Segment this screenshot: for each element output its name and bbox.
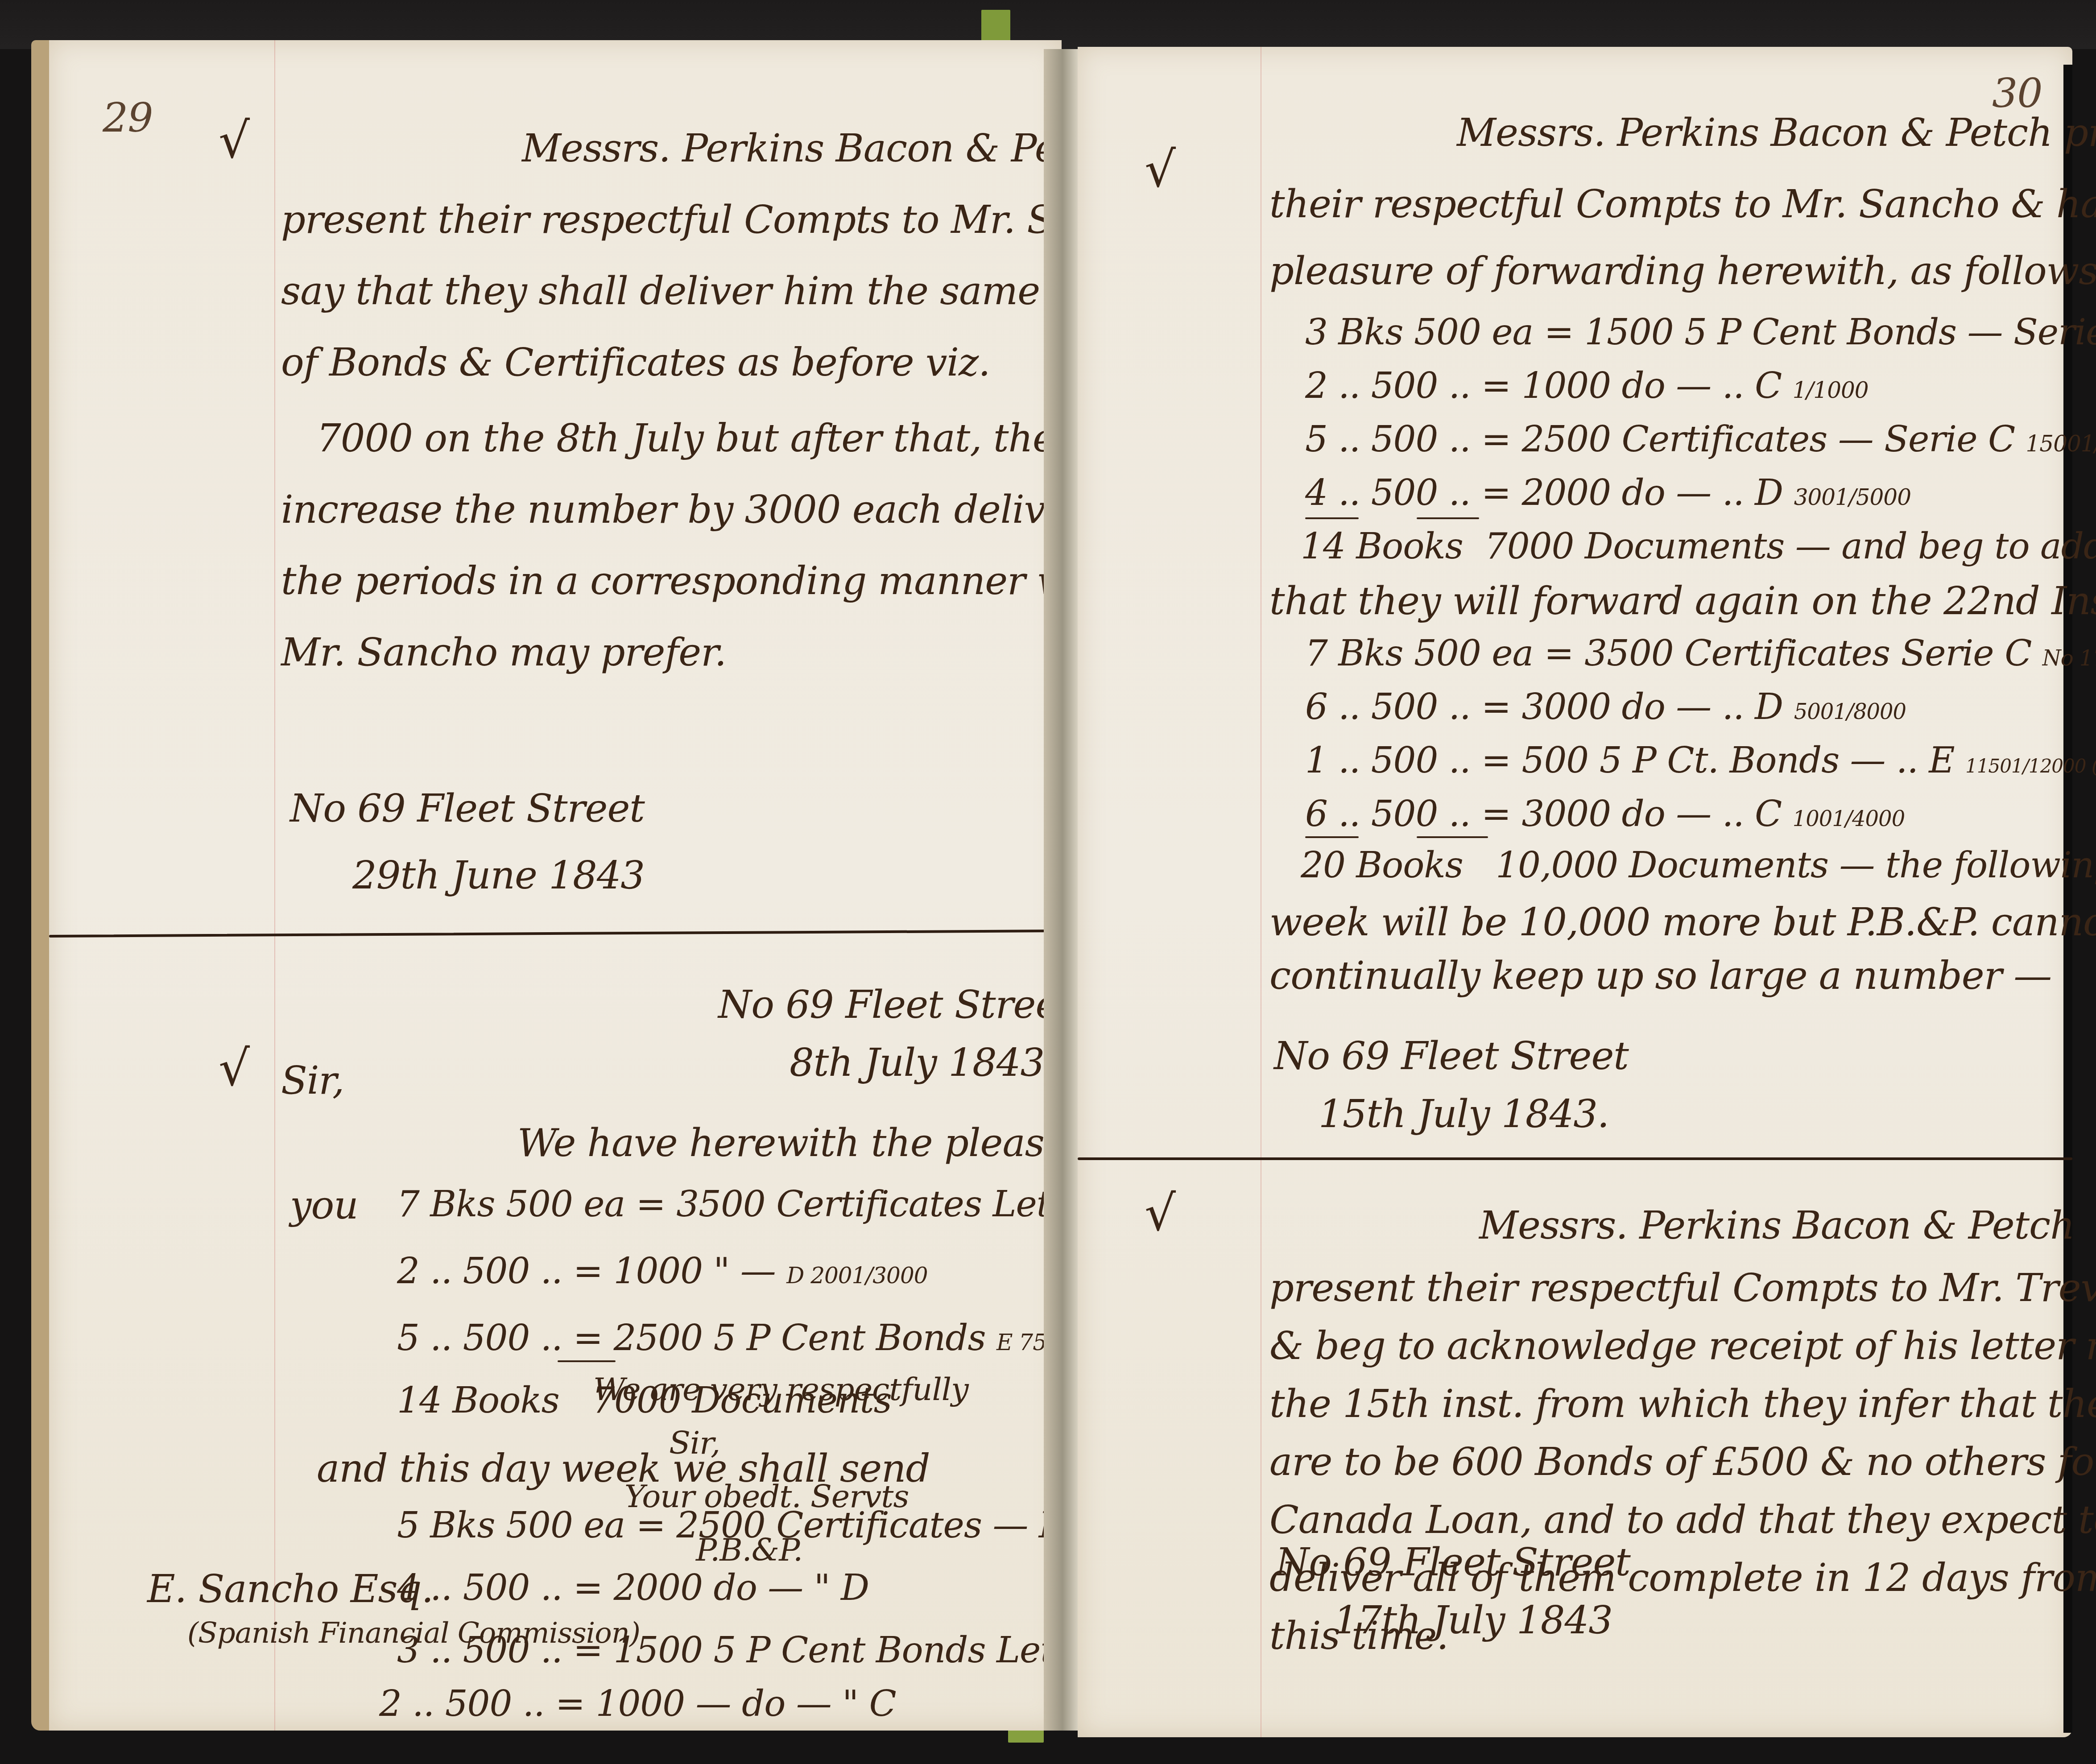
desc: do — .. D	[1622, 686, 1783, 727]
margin-rule	[1261, 47, 1261, 1737]
qty: 14 Books	[397, 1380, 559, 1421]
table-row: 4 .. 500 .. = 2000 do — " D	[397, 1570, 869, 1606]
qty: 6 ..	[1305, 793, 1360, 834]
check-mark-icon: √	[219, 116, 249, 165]
each: 500 ..	[463, 1250, 562, 1292]
total: 1500	[1584, 311, 1674, 353]
letter-line: their respectful Compts to Mr. Sancho & …	[1269, 185, 2096, 223]
letter-salutation: Sir,	[281, 1062, 344, 1100]
letter-address: No 69 Fleet Street	[1276, 1543, 1630, 1582]
letter-line: are to be 600 Bonds of £500 & no others …	[1269, 1443, 2096, 1481]
letter-line: present their respectful Compts to Mr. T…	[1269, 1269, 2096, 1307]
qty: 7 Bks	[1305, 632, 1403, 674]
table-row: 3 Bks 500 ea = 1500 5 P Cent Bonds — Ser…	[1305, 314, 2096, 350]
total: 2500	[614, 1317, 703, 1359]
each: 500 ..	[463, 1317, 562, 1359]
book-gutter	[1044, 49, 1078, 1731]
desc: 5 P Ct. Bonds — .. E	[1600, 739, 1955, 781]
letter-line: week will be 10,000 more but P.B.&P. can…	[1269, 903, 2096, 942]
qty: 7 Bks	[397, 1183, 495, 1225]
total: 1000	[596, 1683, 685, 1724]
total: 2000	[1522, 472, 1611, 513]
total: 500	[1522, 739, 1589, 781]
letter-salutation: Messrs. Perkins Bacon & Petch	[522, 129, 1117, 168]
each: 500 ea	[1414, 311, 1533, 353]
letterbook-spread: 29 √ Messrs. Perkins Bacon & Petch prese…	[31, 31, 2074, 1735]
qty: 6 ..	[1305, 686, 1360, 727]
letter-line: Canada Loan, and to add that they expect…	[1269, 1501, 2096, 1539]
letter-line: continually keep up so large a number —	[1269, 957, 2051, 995]
total: 7000	[1485, 525, 1574, 567]
recipient-note: (Spanish Financial Commission)	[187, 1619, 640, 1648]
desc: Certificates — Serie C	[1622, 418, 2015, 460]
total: 3500	[1584, 632, 1674, 674]
check-mark-icon: √	[1145, 145, 1175, 194]
letter-line: the 15th inst. from which they infer tha…	[1269, 1385, 2096, 1423]
sum-rule	[558, 1360, 616, 1362]
each: 500 ea	[506, 1504, 625, 1546]
table-total-row: 14 Books 7000 Documents — and beg to add	[1301, 529, 2096, 564]
table-row: 2 .. 500 .. = 1000 do — .. C 1/1000	[1305, 368, 1869, 404]
total: 10,000	[1496, 844, 1618, 886]
each: 500 ..	[1371, 739, 1471, 781]
table-row: 2 .. 500 .. = 1000 — do — " C	[379, 1686, 896, 1722]
letter-closing: We are very respectfully	[593, 1374, 968, 1405]
qty: 3 Bks	[1305, 311, 1403, 353]
each: 500 ..	[1371, 686, 1471, 727]
table-row: 1 .. 500 .. = 500 5 P Ct. Bonds — .. E 1…	[1305, 743, 2096, 778]
each: 500 ..	[1371, 472, 1471, 513]
total: 3000	[1522, 686, 1611, 727]
qty: 5 ..	[1305, 418, 1360, 460]
letter-salutation: Messrs. Perkins Bacon & Petch	[1479, 1206, 2075, 1245]
table-row: 2 .. 500 .. = 1000 " — D 2001/3000	[397, 1253, 928, 1289]
table-row: 6 .. 500 .. = 3000 do — .. D 5001/8000	[1305, 689, 1906, 725]
letter-line: of Bonds & Certificates as before viz.	[281, 343, 990, 382]
qty: 20 Books	[1301, 844, 1463, 886]
qty: 1 ..	[1305, 739, 1360, 781]
letter-address: No 69 Fleet Street	[718, 986, 1073, 1024]
page-number: 29	[103, 98, 153, 138]
qty: 5 Bks	[397, 1504, 495, 1546]
letter-date: 17th July 1843	[1334, 1601, 1612, 1640]
letter-date: 29th June 1843	[352, 856, 645, 895]
desc: do — .. D	[1622, 472, 1783, 513]
signature: P.B.&P.	[696, 1534, 802, 1566]
series: 15001/17500	[2026, 431, 2096, 457]
left-page: 29 √ Messrs. Perkins Bacon & Petch prese…	[31, 40, 1062, 1731]
letter-closing: Your obedt. Servts	[624, 1481, 909, 1512]
desc: Certificates Serie C	[1684, 632, 2031, 674]
table-row: 5 .. 500 .. = 2500 Certificates — Serie …	[1305, 421, 2096, 457]
total: 1000	[614, 1250, 703, 1292]
desc: do — .. C	[1622, 365, 1782, 406]
letter-divider	[49, 930, 1062, 938]
letter-salutation: Messrs. Perkins Bacon & Petch present	[1457, 114, 2096, 152]
table-row: 5 .. 500 .. = 2500 5 P Cent Bonds E 7501…	[397, 1320, 1150, 1356]
check-mark-icon: √	[1145, 1189, 1175, 1238]
each: 500 ea	[506, 1183, 625, 1225]
desc: 5 P Cent Bonds — Serie E	[1684, 311, 2096, 353]
recipient-name: E. Sancho Esq.	[147, 1570, 433, 1608]
each: 500 ..	[1371, 365, 1471, 406]
each: 500 ..	[1371, 793, 1471, 834]
letter-closing: Sir,	[669, 1427, 720, 1458]
table-row: 4 .. 500 .. = 2000 do — .. D 3001/5000	[1305, 475, 1911, 511]
letter-intro-prefix: you	[290, 1186, 358, 1225]
total: 3500	[676, 1183, 765, 1225]
series: No 17501/21000	[2042, 646, 2096, 671]
total: 3000	[1522, 793, 1611, 834]
qty: 14 Books	[1301, 525, 1463, 567]
each: 500 ea	[1414, 632, 1533, 674]
letter-divider	[1078, 1157, 2072, 1160]
sum-rule	[1417, 517, 1479, 519]
letter-line: pleasure of forwarding herewith, as foll…	[1269, 252, 2096, 290]
each: 500 ..	[463, 1567, 562, 1608]
series: 3001/5000	[1794, 484, 1911, 510]
total: 2500	[1522, 418, 1611, 460]
letter-address: No 69 Fleet Street	[290, 789, 645, 828]
each: 500 ..	[1371, 418, 1471, 460]
qty: 2 ..	[397, 1250, 452, 1292]
series: 1001/4000	[1793, 806, 1905, 831]
desc: do — " D	[714, 1567, 869, 1608]
total: 2000	[614, 1567, 703, 1608]
page-number: 30	[1992, 74, 2042, 114]
total: 1000	[1522, 365, 1611, 406]
letter-date: 15th July 1843.	[1319, 1095, 1609, 1133]
margin-rule	[274, 40, 275, 1731]
qty: 4 ..	[1305, 472, 1360, 513]
series: 5001/8000	[1794, 699, 1906, 724]
letter-line: that they will forward again on the 22nd…	[1269, 582, 2096, 620]
sum-rule	[1417, 836, 1488, 838]
qty: 2 ..	[1305, 365, 1360, 406]
letter-line: & beg to acknowledge receipt of his lett…	[1269, 1327, 2096, 1365]
check-mark-icon: √	[219, 1044, 249, 1093]
desc: 5 P Cent Bonds	[714, 1317, 986, 1359]
desc: Documents — and beg to add	[1585, 525, 2096, 567]
letter-address: No 69 Fleet Street	[1274, 1037, 1629, 1075]
sum-rule	[1305, 836, 1359, 838]
letter-line: Mr. Sancho may prefer.	[281, 633, 726, 672]
sum-rule	[1305, 517, 1359, 519]
desc: — do — " C	[696, 1683, 896, 1724]
qty: 2 ..	[379, 1683, 434, 1724]
right-page: 30 √ Messrs. Perkins Bacon & Petch prese…	[1078, 47, 2072, 1737]
table-row: 6 .. 500 .. = 3000 do — .. C 1001/4000	[1305, 796, 1905, 832]
series: 1/1000	[1793, 377, 1869, 403]
letter-date: 8th July 1843	[790, 1044, 1044, 1082]
series: 11501/12000 (Completion)	[1965, 755, 2096, 777]
desc: Documents — the following	[1629, 844, 2096, 886]
each: 500 ..	[445, 1683, 545, 1724]
desc: do — .. C	[1622, 793, 1782, 834]
table-row: 7 Bks 500 ea = 3500 Certificates Serie C…	[1305, 636, 2096, 671]
table-total-row: 20 Books 10,000 Documents — the followin…	[1301, 847, 2096, 883]
qty: 5 ..	[397, 1317, 452, 1359]
series: D 2001/3000	[786, 1263, 927, 1289]
desc: " —	[714, 1250, 776, 1292]
